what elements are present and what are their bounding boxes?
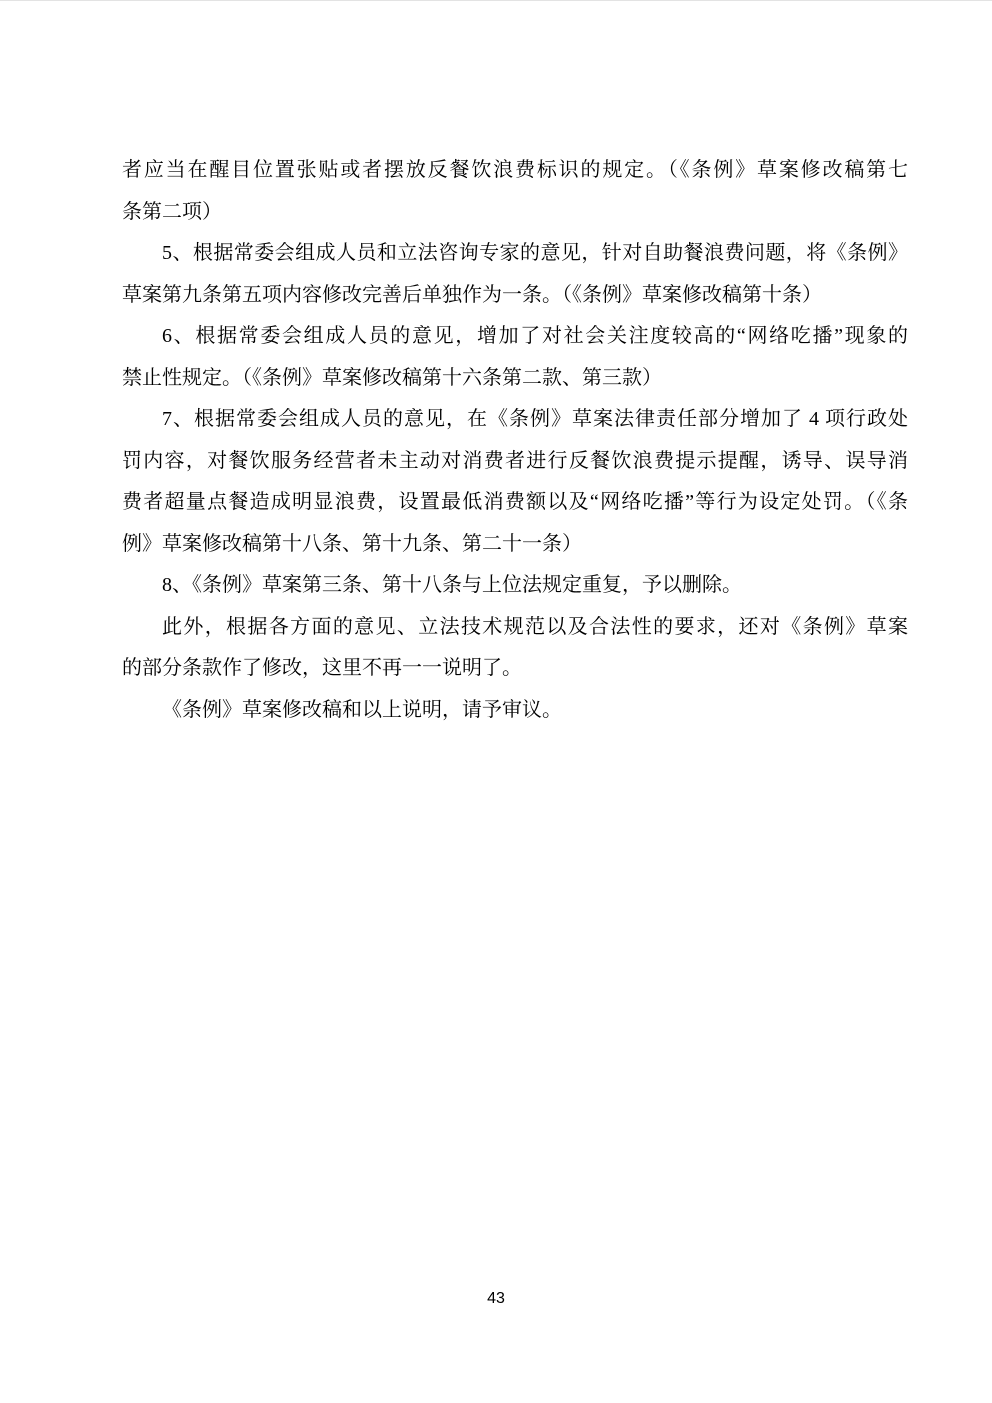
paragraph: 7、根据常委会组成人员的意见，在《条例》草案法律责任部分增加了 4 项行政处 罚… [122,399,908,565]
paragraph: 者应当在醒目位置张贴或者摆放反餐饮浪费标识的规定。（《条例》草案修改稿第七 条第… [122,150,908,233]
page-footer: 43 [0,1290,992,1308]
text-line: 的部分条款作了修改，这里不再一一说明了。 [122,648,908,690]
text-line: 7、根据常委会组成人员的意见，在《条例》草案法律责任部分增加了 4 项行政处 [122,399,908,441]
page-number: 43 [487,1290,505,1307]
paragraph: 6、根据常委会组成人员的意见，增加了对社会关注度较高的“网络吃播”现象的 禁止性… [122,316,908,399]
text-line: 者应当在醒目位置张贴或者摆放反餐饮浪费标识的规定。（《条例》草案修改稿第七 [122,150,908,192]
text-line: 罚内容，对餐饮服务经营者未主动对消费者进行反餐饮浪费提示提醒，诱导、误导消 [122,441,908,483]
paragraph: 5、根据常委会组成人员和立法咨询专家的意见，针对自助餐浪费问题，将《条例》 草案… [122,233,908,316]
document-body: 者应当在醒目位置张贴或者摆放反餐饮浪费标识的规定。（《条例》草案修改稿第七 条第… [122,150,908,731]
paragraph: 《条例》草案修改稿和以上说明，请予审议。 [122,690,908,732]
text-line: 此外，根据各方面的意见、立法技术规范以及合法性的要求，还对《条例》草案 [122,607,908,649]
paragraph: 8、《条例》草案第三条、第十八条与上位法规定重复，予以删除。 [122,565,908,607]
text-line: 6、根据常委会组成人员的意见，增加了对社会关注度较高的“网络吃播”现象的 [122,316,908,358]
text-line: 禁止性规定。（《条例》草案修改稿第十六条第二款、第三款） [122,358,908,400]
text-line: 费者超量点餐造成明显浪费，设置最低消费额以及“网络吃播”等行为设定处罚。（《条 [122,482,908,524]
document-page: 者应当在醒目位置张贴或者摆放反餐饮浪费标识的规定。（《条例》草案修改稿第七 条第… [0,0,992,1403]
text-line: 条第二项） [122,192,908,234]
text-line: 《条例》草案修改稿和以上说明，请予审议。 [122,690,908,732]
text-line: 5、根据常委会组成人员和立法咨询专家的意见，针对自助餐浪费问题，将《条例》 [122,233,908,275]
text-line: 8、《条例》草案第三条、第十八条与上位法规定重复，予以删除。 [122,565,908,607]
paragraph: 此外，根据各方面的意见、立法技术规范以及合法性的要求，还对《条例》草案 的部分条… [122,607,908,690]
text-line: 草案第九条第五项内容修改完善后单独作为一条。（《条例》草案修改稿第十条） [122,275,908,317]
text-line: 例》草案修改稿第十八条、第十九条、第二十一条） [122,524,908,566]
